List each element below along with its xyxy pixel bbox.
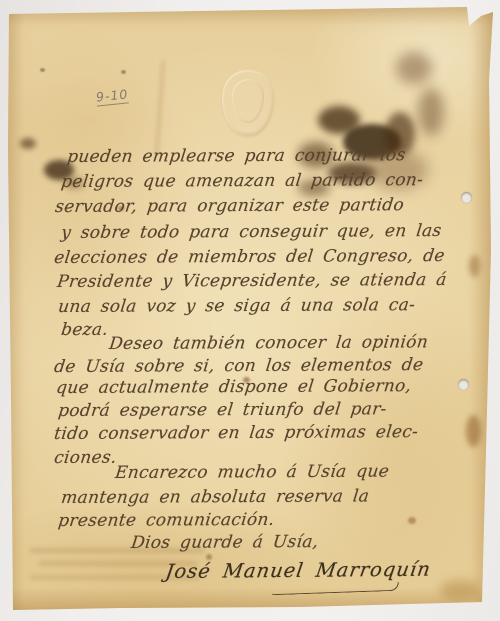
punch-hole-top <box>461 192 472 203</box>
embossed-seal-inner <box>232 79 264 123</box>
stain-speck <box>40 68 45 72</box>
stain-blot <box>396 52 432 84</box>
edge-blotch <box>466 415 481 447</box>
signature: José Manuel Marroquín <box>164 558 433 583</box>
handwritten-line: pueden emplearse para conjurar los <box>66 145 407 167</box>
handwritten-line: servador, para organizar este partido <box>54 195 405 217</box>
stain-blot <box>20 138 36 149</box>
handwritten-line: y sobre todo para conseguir que, en las <box>60 221 443 243</box>
stain-blot <box>318 106 360 134</box>
handwritten-line: peligros que amenazan al partido con- <box>60 170 424 192</box>
punch-hole-bottom <box>458 379 469 390</box>
handwritten-line: podrá esperarse el triunfo del par- <box>57 399 388 421</box>
handwritten-line: Dios guarde á Usía, <box>130 532 320 553</box>
stain-speck <box>408 517 416 524</box>
stain-blot <box>418 88 444 136</box>
handwritten-line: Encarezco mucho á Usía que <box>114 462 390 483</box>
letter-paper-sheet: 9-10 pueden emplearse para conjurar lo <box>0 0 500 621</box>
handwritten-line: Presidente y Vicepresidente, se atienda … <box>56 270 448 292</box>
handwritten-line: de Usía sobre si, con los elementos de <box>53 355 425 377</box>
signature-flourish-underline <box>272 582 399 595</box>
handwritten-line: elecciones de miembros del Congreso, de <box>53 246 446 268</box>
scanned-letter-scene: 9-10 pueden emplearse para conjurar lo <box>0 0 500 621</box>
handwritten-line: Deseo también conocer la opinión <box>108 332 429 354</box>
crease-smudge <box>155 60 166 155</box>
handwritten-line: mantenga en absoluta reserva la <box>60 486 370 508</box>
handwritten-line: tido conservador en las próximas elec- <box>53 422 419 444</box>
handwritten-line: una sola voz y se siga á una sola ca- <box>57 295 416 317</box>
handwritten-line: beza. <box>60 320 109 340</box>
embossed-seal <box>222 70 274 136</box>
edge-blotch <box>440 580 480 600</box>
pencil-annotation: 9-10 <box>95 86 129 106</box>
stain-speck <box>121 70 126 74</box>
handwritten-line: que actualmente dispone el Gobierno, <box>55 376 412 398</box>
handwritten-line: presente comunicación. <box>57 510 276 531</box>
edge-blotch <box>469 255 480 277</box>
handwritten-line: ciones. <box>53 448 118 468</box>
